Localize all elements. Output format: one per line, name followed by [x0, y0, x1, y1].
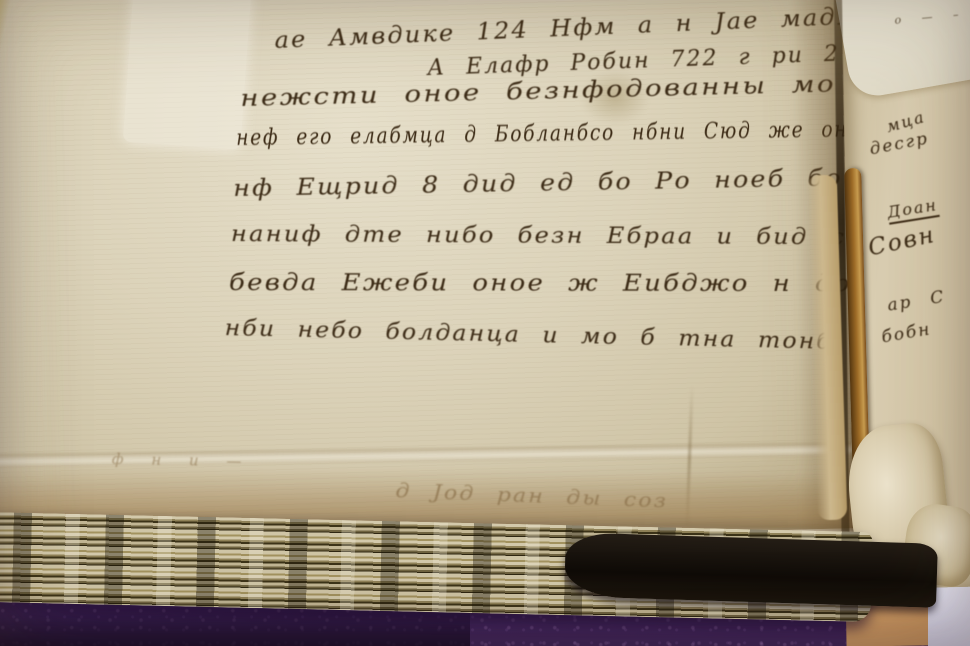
- black-cover-edge: [564, 532, 938, 608]
- faint-left-inscription: ф н и —: [112, 450, 248, 470]
- manuscript-photo: ае Амвдике 124 Нфм а н Јае мадм А Елафр …: [0, 0, 970, 646]
- repair-tissue-patch: [123, 0, 252, 150]
